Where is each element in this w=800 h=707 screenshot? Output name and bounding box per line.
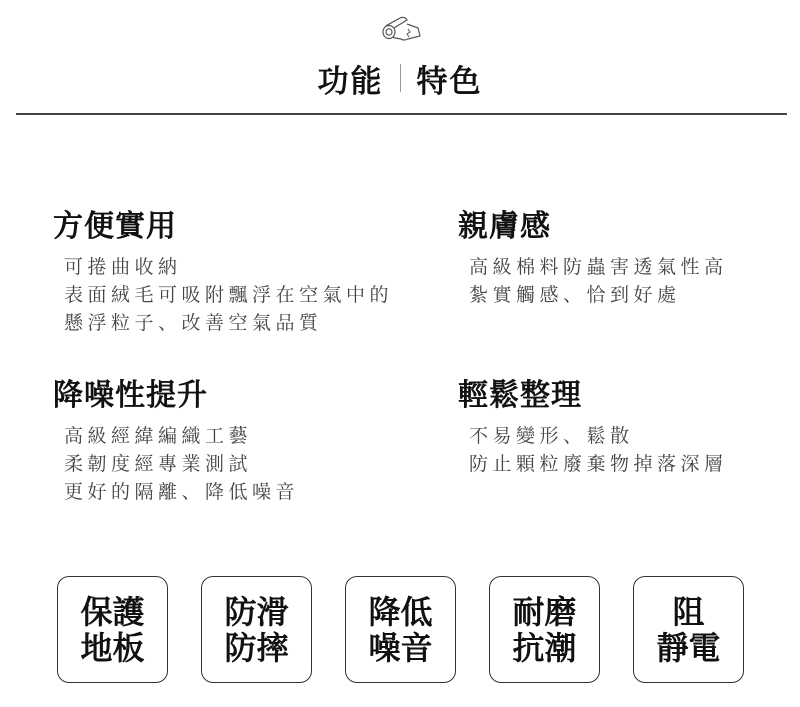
badge-line: 靜電: [656, 630, 720, 666]
badge-noise-reduce: 降低 噪音: [345, 576, 456, 683]
badge-protect-floor: 保護 地板: [57, 576, 168, 683]
page-title: 功能 特色: [0, 58, 800, 98]
badge-line: 耐磨: [512, 594, 576, 630]
badge-line: 地板: [80, 630, 144, 666]
feature-noise-reduction: 降噪性提升 高級經緯編織工藝 柔韌度經專業測試 更好的隔離、降低噪音: [53, 378, 299, 506]
title-features: 特色: [417, 56, 483, 101]
feature-line: 更好的隔離、降低噪音: [64, 478, 299, 506]
badge-line: 降低: [368, 594, 432, 630]
feature-line: 防止顆粒廢棄物掉落深層: [469, 450, 728, 478]
title-divider: [400, 64, 401, 92]
badge-line: 防摔: [224, 630, 288, 666]
badge-line: 噪音: [368, 630, 432, 666]
feature-heading: 親膚感: [458, 209, 728, 245]
badge-line: 防滑: [224, 594, 288, 630]
feature-skin-friendly: 親膚感 高級棉料防蟲害透氣性高 紮實觸感、恰到好處: [458, 209, 728, 309]
feature-line: 高級棉料防蟲害透氣性高: [469, 253, 728, 281]
badge-line: 保護: [80, 594, 144, 630]
badge-line: 阻: [672, 594, 704, 630]
feature-line: 紮實觸感、恰到好處: [469, 281, 728, 309]
feature-heading: 降噪性提升: [53, 378, 299, 414]
header-divider: [16, 113, 787, 115]
feature-easy-clean: 輕鬆整理 不易變形、鬆散 防止顆粒廢棄物掉落深層: [458, 378, 728, 478]
rolled-mat-icon: [380, 14, 422, 44]
feature-line: 高級經緯編織工藝: [64, 422, 299, 450]
badge-line: 抗潮: [512, 630, 576, 666]
badge-anti-slip: 防滑 防摔: [201, 576, 312, 683]
feature-heading: 輕鬆整理: [458, 378, 728, 414]
feature-convenient: 方便實用 可捲曲收納 表面絨毛可吸附飄浮在空氣中的 懸浮粒子、改善空氣品質: [53, 209, 393, 337]
feature-line: 可捲曲收納: [64, 253, 393, 281]
title-functions: 功能: [318, 56, 384, 101]
feature-line: 不易變形、鬆散: [469, 422, 728, 450]
feature-line: 柔韌度經專業測試: [64, 450, 299, 478]
badge-anti-static: 阻 靜電: [633, 576, 744, 683]
badge-wear-resistant: 耐磨 抗潮: [489, 576, 600, 683]
feature-line: 懸浮粒子、改善空氣品質: [64, 309, 393, 337]
feature-heading: 方便實用: [53, 209, 393, 245]
feature-line: 表面絨毛可吸附飄浮在空氣中的: [64, 281, 393, 309]
